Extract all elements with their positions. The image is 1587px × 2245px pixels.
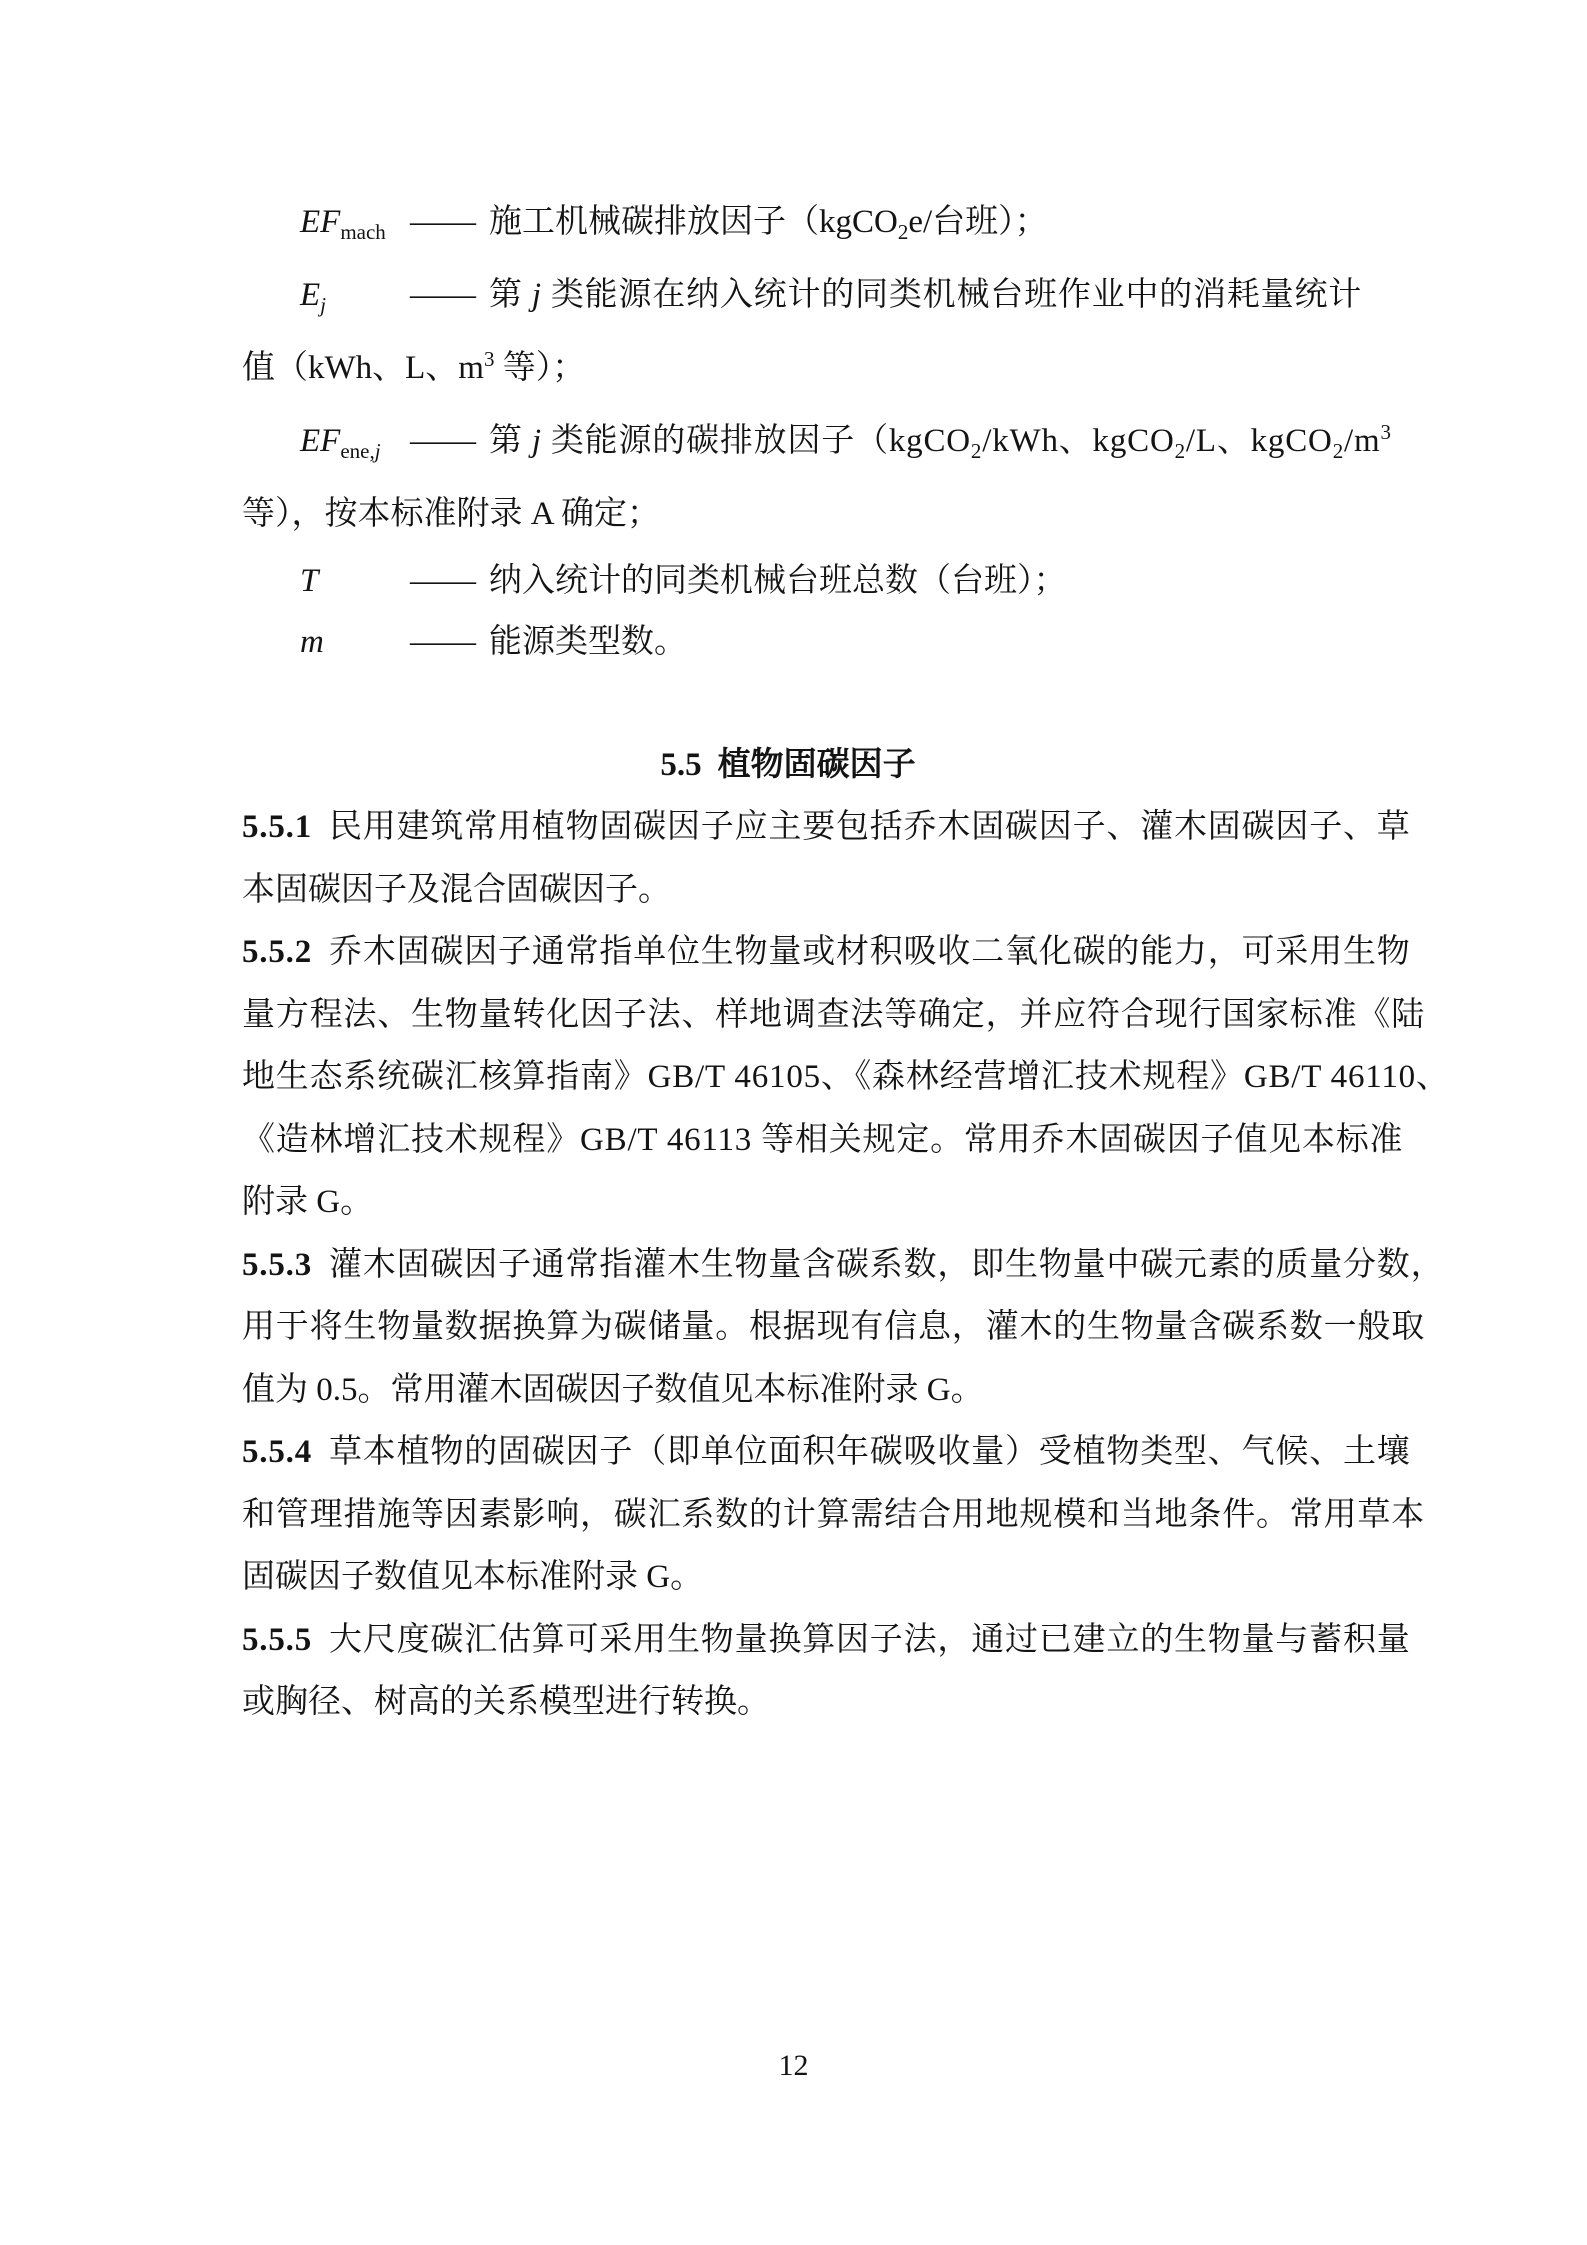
paragraph-line: 《造林增汇技术规程》GB/T 46113 等相关规定。常用乔木固碳因子值见本标准 [242, 1109, 1388, 1172]
paragraph-line: 5.5.1民用建筑常用植物固碳因子应主要包括乔木固碳因子、灌木固碳因子、草 [242, 796, 1388, 859]
paragraph-line: 用于将生物量数据换算为碳储量。根据现有信息，灌木的生物量含碳系数一般取 [242, 1296, 1388, 1359]
text-segment: j [532, 423, 542, 459]
text-segment: 值为 0.5。常用灌木固碳因子数值见本标准附录 G。 [242, 1372, 984, 1408]
symbol-term: EFene,j [242, 405, 410, 478]
text-segment: E [300, 277, 320, 313]
definition-dash: —— [410, 612, 489, 673]
text-segment: j [532, 277, 542, 313]
definition-dash: —— [410, 405, 489, 478]
text-segment: T [300, 563, 318, 599]
paragraph-line: 值为 0.5。常用灌木固碳因子数值见本标准附录 G。 [242, 1359, 1388, 1422]
section-number: 5.5 [660, 747, 701, 783]
text-segment: 2 [898, 220, 909, 244]
page-number: 12 [0, 2048, 1587, 2084]
text-segment: 等），按本标准附录 A 确定； [242, 496, 660, 532]
paragraph-line: 5.5.5大尺度碳汇估算可采用生物量换算因子法，通过已建立的生物量与蓄积量 [242, 1609, 1388, 1672]
symbol-description: 施工机械碳排放因子（kgCO2e/台班）； [489, 186, 1388, 259]
text-segment: 乔木固碳因子通常指单位生物量或材积吸收二氧化碳的能力，可采用生物 [329, 934, 1411, 970]
text-segment: 2 [1175, 439, 1186, 463]
text-segment: 或胸径、树高的关系模型进行转换。 [242, 1684, 770, 1720]
symbol-term: T [242, 551, 410, 612]
text-segment: 第 [489, 277, 532, 313]
clause-number: 5.5.3 [242, 1247, 312, 1283]
definition-row: EFene,j——第 j 类能源的碳排放因子（kgCO2/kWh、kgCO2/L… [242, 405, 1388, 478]
text-segment: 用于将生物量数据换算为碳储量。根据现有信息，灌木的生物量含碳系数一般取 [242, 1309, 1425, 1345]
symbol-description: 第 j 类能源在纳入统计的同类机械台班作业中的消耗量统计 [489, 259, 1388, 332]
text-segment: 灌木固碳因子通常指灌木生物量含碳系数，即生物量中碳元素的质量分数， [329, 1247, 1444, 1283]
document-page: EFmach——施工机械碳排放因子（kgCO2e/台班）；Ej——第 j 类能源… [0, 0, 1587, 2245]
text-segment: 固碳因子数值见本标准附录 G。 [242, 1559, 703, 1595]
text-segment: 3 [484, 347, 495, 371]
definition-continuation-line: 值（kWh、L、m3 等）； [242, 332, 1388, 405]
clause-number: 5.5.1 [242, 809, 312, 845]
symbol-description: 纳入统计的同类机械台班总数（台班）； [489, 551, 1388, 612]
text-segment: 草本植物的固碳因子（即单位面积年碳吸收量）受植物类型、气候、土壤 [329, 1434, 1411, 1470]
definition-continuation-line: 等），按本标准附录 A 确定； [242, 478, 1388, 551]
definition-dash: —— [410, 186, 489, 259]
text-segment: 等）； [494, 350, 585, 386]
paragraph-line: 量方程法、生物量转化因子法、样地调查法等确定，并应符合现行国家标准《陆 [242, 984, 1388, 1047]
section-title: 植物固碳因子 [718, 747, 916, 783]
text-segment: 地生态系统碳汇核算指南》GB/T 46105、《森林经营增汇技术规程》GB/T … [242, 1059, 1450, 1095]
symbol-term: EFmach [242, 186, 410, 259]
text-segment: 和管理措施等因素影响，碳汇系数的计算需结合用地规模和当地条件。常用草本 [242, 1497, 1425, 1533]
clause-number: 5.5.4 [242, 1434, 312, 1470]
paragraph-line: 和管理措施等因素影响，碳汇系数的计算需结合用地规模和当地条件。常用草本 [242, 1484, 1388, 1547]
paragraph-line: 固碳因子数值见本标准附录 G。 [242, 1546, 1388, 1609]
text-segment: 值（kWh、L、m [242, 350, 484, 386]
text-segment: 2 [1333, 439, 1344, 463]
definition-row: EFmach——施工机械碳排放因子（kgCO2e/台班）； [242, 186, 1388, 259]
text-segment: /m [1344, 423, 1380, 459]
text-segment: 第 [489, 423, 532, 459]
text-segment: 类能源的碳排放因子（kgCO [542, 423, 971, 459]
paragraph-line: 地生态系统碳汇核算指南》GB/T 46105、《森林经营增汇技术规程》GB/T … [242, 1046, 1388, 1109]
definition-dash: —— [410, 259, 489, 332]
text-segment: /kWh、kgCO [982, 423, 1174, 459]
definition-row: Ej——第 j 类能源在纳入统计的同类机械台班作业中的消耗量统计 [242, 259, 1388, 332]
text-segment: 能源类型数。 [489, 624, 687, 660]
definition-dash: —— [410, 551, 489, 612]
paragraph-line: 5.5.3灌木固碳因子通常指灌木生物量含碳系数，即生物量中碳元素的质量分数， [242, 1234, 1388, 1297]
text-segment: m [300, 624, 324, 660]
text-segment: ene, [340, 439, 374, 463]
text-segment: EF [300, 204, 340, 240]
text-segment: e/台班）； [908, 204, 1047, 240]
paragraph-line: 本固碳因子及混合固碳因子。 [242, 859, 1388, 922]
text-segment: 类能源在纳入统计的同类机械台班作业中的消耗量统计 [542, 277, 1362, 313]
paragraph-line: 5.5.4草本植物的固碳因子（即单位面积年碳吸收量）受植物类型、气候、土壤 [242, 1421, 1388, 1484]
definition-row: m——能源类型数。 [242, 612, 1388, 673]
symbol-description: 第 j 类能源的碳排放因子（kgCO2/kWh、kgCO2/L、kgCO2/m3 [489, 405, 1388, 478]
paragraph-line: 或胸径、树高的关系模型进行转换。 [242, 1671, 1388, 1734]
paragraph-line: 5.5.2乔木固碳因子通常指单位生物量或材积吸收二氧化碳的能力，可采用生物 [242, 921, 1388, 984]
text-segment: 大尺度碳汇估算可采用生物量换算因子法，通过已建立的生物量与蓄积量 [329, 1622, 1411, 1658]
paragraph-line: 附录 G。 [242, 1171, 1388, 1234]
text-segment: 《造林增汇技术规程》GB/T 46113 等相关规定。常用乔木固碳因子值见本标准 [242, 1122, 1403, 1158]
text-segment: 附录 G。 [242, 1184, 373, 1220]
text-segment: 施工机械碳排放因子（kgCO [489, 204, 898, 240]
text-segment: mach [340, 220, 385, 244]
text-segment: 本固碳因子及混合固碳因子。 [242, 872, 671, 908]
symbol-term: Ej [242, 259, 410, 332]
symbol-description: 能源类型数。 [489, 612, 1388, 673]
text-segment: 民用建筑常用植物固碳因子应主要包括乔木固碳因子、灌木固碳因子、草 [329, 809, 1411, 845]
text-segment: 3 [1380, 420, 1391, 444]
symbol-definitions: EFmach——施工机械碳排放因子（kgCO2e/台班）；Ej——第 j 类能源… [242, 186, 1388, 673]
text-segment: j [375, 439, 381, 463]
text-segment: j [320, 293, 326, 317]
text-segment: EF [300, 423, 340, 459]
section-body: 5.5.1民用建筑常用植物固碳因子应主要包括乔木固碳因子、灌木固碳因子、草本固碳… [242, 796, 1388, 1734]
text-segment: /L、kgCO [1186, 423, 1333, 459]
text-segment: 量方程法、生物量转化因子法、样地调查法等确定，并应符合现行国家标准《陆 [242, 997, 1425, 1033]
text-segment: 纳入统计的同类机械台班总数（台班）； [489, 563, 1067, 599]
clause-number: 5.5.5 [242, 1622, 312, 1658]
text-segment: 2 [971, 439, 982, 463]
clause-number: 5.5.2 [242, 934, 312, 970]
section-heading: 5.5植物固碳因子 [242, 734, 1334, 796]
symbol-term: m [242, 612, 410, 673]
definition-row: T——纳入统计的同类机械台班总数（台班）； [242, 551, 1388, 612]
